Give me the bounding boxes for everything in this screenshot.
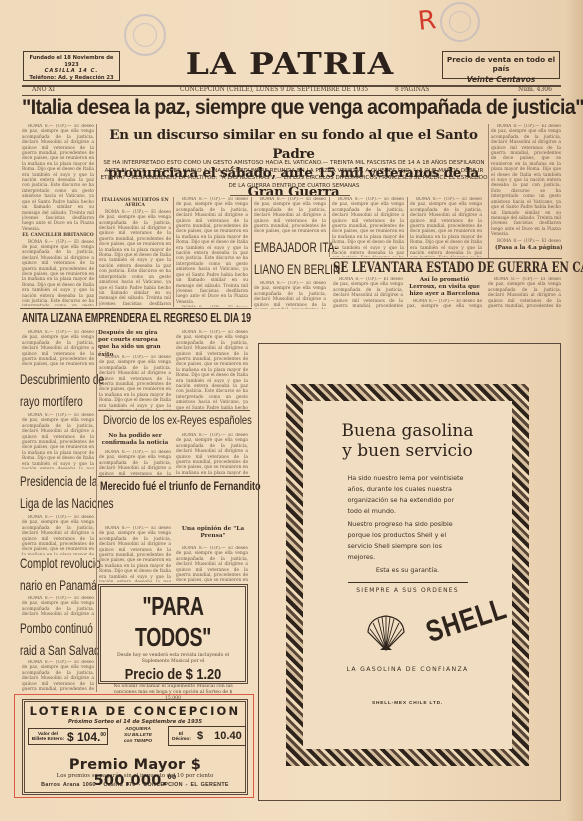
library-stamp-right [440, 2, 480, 42]
lead-body-6: ROMA 8.— (UP).— El deseo de paz, siempre… [410, 197, 482, 257]
fernandito-text-2: ROMA 8.— (UP).— El deseo de paz, siempre… [176, 546, 248, 582]
fernandito-text-1: ROMA 8.— (UP).— El deseo de paz, siempre… [99, 526, 171, 582]
rayo-line-2: rayo mortífero [20, 390, 104, 412]
loteria-sorteo-date: Próximo Sorteo el 14 de Septiembre de 19… [25, 719, 245, 725]
lead-column-1: ROMA 8.— (UP).— El deseo de paz, siempre… [22, 124, 94, 306]
deck-line-1: En un discurso similar en su fondo al qu… [97, 126, 490, 164]
panama-text: ROMA 8.— (UP).— El deseo de paz, siempre… [22, 596, 94, 618]
red-annotation-mark: R [416, 5, 437, 37]
newspaper-title: LA PATRIA [150, 46, 430, 82]
shell-logo: SHELL [303, 600, 512, 662]
anita-text-3: ROMA 8.— (UP).— El deseo de paz, siempre… [176, 330, 248, 410]
founding-date: Fundado el 18 Noviembre de 1923 [24, 55, 119, 68]
continued-note: (Pasa a la 4.a página) [495, 245, 563, 251]
column-divider [173, 197, 174, 307]
price-value: Veinte Centavos [443, 75, 559, 84]
divorcio-col-2: ROMA 8.— (UP).— El deseo de paz, siempre… [176, 433, 248, 476]
year-label: AÑO XI [32, 86, 55, 93]
entero-value: $ 104.00 [67, 730, 106, 744]
column-divider [96, 124, 97, 306]
lead-summary: SE HA INTERPRETADO ESTO COMO UN GESTO AM… [100, 160, 488, 190]
cataluna-text-1: ROMA 8.— (UP).— El deseo de paz, siempre… [333, 277, 403, 309]
lead-body-4: ROMA 8.— (UP).— El deseo de paz, siempre… [254, 197, 326, 235]
column-divider [251, 197, 252, 307]
column-divider [407, 197, 408, 257]
decimo-value: $ 10.40 [197, 730, 242, 742]
anita-text-1: ROMA 8.— (UP).— El deseo de paz, siempre… [22, 330, 94, 368]
lead-body-1: ROMA 8.— (UP).— El deseo de paz, siempre… [22, 124, 94, 232]
fernandito-col-2: ROMA 8.— (UP).— El deseo de paz, siempre… [176, 546, 248, 582]
divorcio-col-1: ROMA 8.— (UP).— El deseo de paz, siempre… [99, 450, 171, 476]
anita-headline: ANITA LIZANA EMPRENDERA EL REGRESO EL DI… [22, 310, 251, 325]
embajador-headline: EMBAJADOR ITA- LIANO EN BERLIN [254, 236, 340, 280]
lead-body-7b: ROMA 8.— (UP).— El deseo de paz, siempre… [491, 239, 561, 244]
founding-info-box: Fundado el 18 Noviembre de 1923 CASILLA … [23, 51, 120, 81]
cataluna-col-3: ROMA 8.— (UP).— El deseo de paz, siempre… [488, 277, 561, 309]
lead-body-1b: ROMA 8.— (UP).— El deseo de paz, siempre… [22, 240, 94, 306]
shell-paragraph-1: Ha sido nuestro lema por veintisiete año… [348, 473, 468, 517]
scallop-shell-icon [365, 614, 407, 652]
cataluna-headline: SE LEVANTARA ESTADO DE GUERRA EN CATALUÑ… [333, 260, 583, 276]
lead-body-2: ROMA 8.— (UP).— El deseo de paz, siempre… [99, 210, 171, 307]
lead-body-3b: ROMA 8.— (UP).— El deseo de paz, siempre… [176, 306, 248, 307]
embajador-text: ROMA 8.— (UP).— El deseo de paz, siempre… [254, 281, 326, 309]
newspaper-page: R Fundado el 18 Noviembre de 1923 CASILL… [0, 0, 583, 821]
divorcio-headline: Divorcio de los ex-Reyes españoles [103, 413, 252, 427]
lead-column-4: ROMA 8.— (UP).— El deseo de paz, siempre… [254, 197, 326, 235]
loteria-ad: LOTERIA DE CONCEPCION Próximo Sorteo el … [14, 694, 254, 798]
issue-number: Núm. 4306 [518, 86, 552, 93]
cataluna-subhead: Así lo prometió Lerroux, en visita que h… [407, 277, 482, 298]
loteria-tax-note: Los premios se pagarán sin el impuesto d… [25, 773, 245, 779]
anita-text-2: ROMA 8.— (UP).— El deseo de paz, siempre… [99, 355, 171, 410]
shell-ad: Buena gasolina y buen servicio Ha sido n… [258, 343, 561, 801]
rayo-headline: Descubrimiento de rayo mortífero [20, 368, 104, 412]
column-divider [488, 124, 489, 259]
panama-line-2: nario en Panamá [20, 574, 101, 596]
divorcio-subhead: No ha podido ser confirmada la noticia [99, 433, 171, 447]
panama-headline: Complot revolucio nario en Panamá [20, 552, 101, 596]
pombo-body: ROMA 8.— (UP).— El deseo de paz, siempre… [22, 660, 94, 692]
date-location: CONCEPCION (CHILE), LUNES 9 DE SEPTIEMBR… [180, 86, 368, 93]
fernandito-rule [98, 476, 250, 477]
entero-cents: 00 [100, 732, 106, 738]
rayo-text: ROMA 8.— (UP).— El deseo de paz, siempre… [22, 413, 94, 469]
lead-column-2: ITALIANOS MUERTOS EN AFRICA ROMA 8.— (UP… [99, 197, 171, 307]
shell-heading: Buena gasolina y buen servicio [303, 421, 512, 461]
lead-body-5: ROMA 8.— (UP).— El deseo de paz, siempre… [332, 197, 404, 257]
para-todos-text-1: Desde hoy se venderá esta revista incluy… [101, 653, 245, 665]
fernandito-col-1: ROMA 8.— (UP).— El deseo de paz, siempre… [99, 526, 171, 582]
lead-column-3: ROMA 8.— (UP).— El deseo de paz, siempre… [176, 197, 248, 307]
subhead-italianos: ITALIANOS MUERTOS EN AFRICA [99, 198, 171, 209]
lead-headline: "Italia desea la paz, siempre que venga … [22, 96, 524, 120]
entero-label: Valor del Billete Entero: [31, 732, 65, 743]
telephone: Teléfono: Ad. y Redacción 23 [24, 75, 119, 82]
lead-column-6: ROMA 8.— (UP).— El deseo de paz, siempre… [410, 197, 482, 257]
pombo-text: ROMA 8.— (UP).— El deseo de paz, siempre… [22, 660, 94, 692]
summary-rule [230, 195, 350, 196]
lead-body-3: ROMA 8.— (UP).— El deseo de paz, siempre… [176, 197, 248, 305]
para-todos-ad: "PARA TODOS" Desde hoy se venderá esta r… [98, 584, 248, 684]
shell-wordmark: SHELL [422, 592, 511, 650]
loteria-footer: Barros Arana 1060 - Casilla 376 - CONCEP… [25, 782, 245, 788]
liga-line-2: Liga de las Naciones [20, 492, 114, 514]
divorcio-text-1: ROMA 8.— (UP).— El deseo de paz, siempre… [99, 450, 171, 476]
liga-body: ROMA 8.— (UP).— El deseo de paz, siempre… [22, 515, 94, 555]
cataluna-rule [330, 258, 562, 259]
loteria-title: LOTERIA DE CONCEPCION [25, 704, 245, 718]
adquiera-note: ADQUIERA SU BILLETE con TIEMPO [113, 727, 163, 745]
entero-amount: $ 104. [67, 730, 100, 744]
cataluna-text-3: ROMA 8.— (UP).— El deseo de paz, siempre… [488, 277, 561, 309]
embajador-line-1: EMBAJADOR ITA- [254, 236, 340, 258]
shell-heading-1: Buena gasolina [303, 421, 512, 441]
lead-body-7: ROMA 8.— (UP).— El deseo de paz, siempre… [491, 124, 561, 238]
rayo-line-1: Descubrimiento de [20, 368, 104, 390]
lead-column-5: ROMA 8.— (UP).— El deseo de paz, siempre… [332, 197, 404, 257]
panama-line-1: Complot revolucio [20, 552, 101, 574]
cataluna-col-1: ROMA 8.— (UP).— El deseo de paz, siempre… [333, 277, 403, 309]
embajador-line-2: LIANO EN BERLIN [254, 258, 340, 280]
price-box: Precio de venta en todo el país Veinte C… [442, 51, 560, 79]
divorcio-text-2: ROMA 8.— (UP).— El deseo de paz, siempre… [176, 433, 248, 476]
liga-text: ROMA 8.— (UP).— El deseo de paz, siempre… [22, 515, 94, 555]
shell-guarantee: Esta es su garantía. [303, 566, 512, 574]
anita-rule [20, 308, 252, 309]
shell-tagline: LA GASOLINA DE CONFIANZA [303, 666, 512, 673]
fernandito-headline: Merecido fué el triunfo de Fernandito [100, 479, 261, 493]
loteria-frame: LOTERIA DE CONCEPCION Próximo Sorteo el … [22, 699, 248, 795]
decimo-label: El Décimo: [172, 732, 190, 743]
anita-col-3: ROMA 8.— (UP).— El deseo de paz, siempre… [176, 330, 248, 410]
para-todos-price: Precio de $ 1.20 [112, 666, 234, 683]
panama-body: ROMA 8.— (UP).— El deseo de paz, siempre… [22, 596, 94, 618]
anita-col-1: ROMA 8.— (UP).— El deseo de paz, siempre… [22, 330, 94, 368]
embajador-body: ROMA 8.— (UP).— El deseo de paz, siempre… [254, 281, 326, 309]
entero-price-box: Valor del Billete Entero: $ 104.00 [28, 728, 108, 745]
rayo-body: ROMA 8.— (UP).— El deseo de paz, siempre… [22, 413, 94, 469]
shell-company: SHELL-MEX CHILE LTD. [303, 701, 512, 706]
shell-ornamental-border: Buena gasolina y buen servicio Ha sido n… [286, 384, 529, 766]
shell-ad-content: Buena gasolina y buen servicio Ha sido n… [303, 401, 512, 749]
price-label: Precio de venta en todo el país [447, 55, 555, 73]
decimo-price-box: El Décimo: $ 10.40 [168, 726, 246, 746]
divorcio-rule [98, 410, 250, 411]
anita-col-2: ROMA 8.— (UP).— El deseo de paz, siempre… [99, 355, 171, 410]
shell-heading-2: y buen servicio [303, 441, 512, 461]
shell-siempre: SIEMPRE A SUS ORDENES [303, 587, 512, 594]
subhead-canciller: EL CANCILLER BRITANICO [22, 233, 94, 238]
shell-paragraph-2: Nuestro progreso ha sido posible porque … [348, 519, 468, 563]
fernandito-subhead: Una opinión de "La Prensa" [180, 526, 246, 540]
cataluna-col-2: ROMA 8.— (UP).— El deseo de paz, siempre… [407, 299, 482, 309]
column-divider [96, 330, 97, 692]
shell-divider [348, 582, 468, 583]
para-todos-title: "PARA TODOS" [119, 591, 227, 653]
adquiera-line-3: con TIEMPO [113, 739, 163, 745]
cataluna-text-2: ROMA 8.— (UP).— El deseo de paz, siempre… [407, 299, 482, 309]
page-count: 8 PAGINAS [395, 86, 429, 93]
lead-column-7: ROMA 8.— (UP).— El deseo de paz, siempre… [491, 124, 561, 244]
